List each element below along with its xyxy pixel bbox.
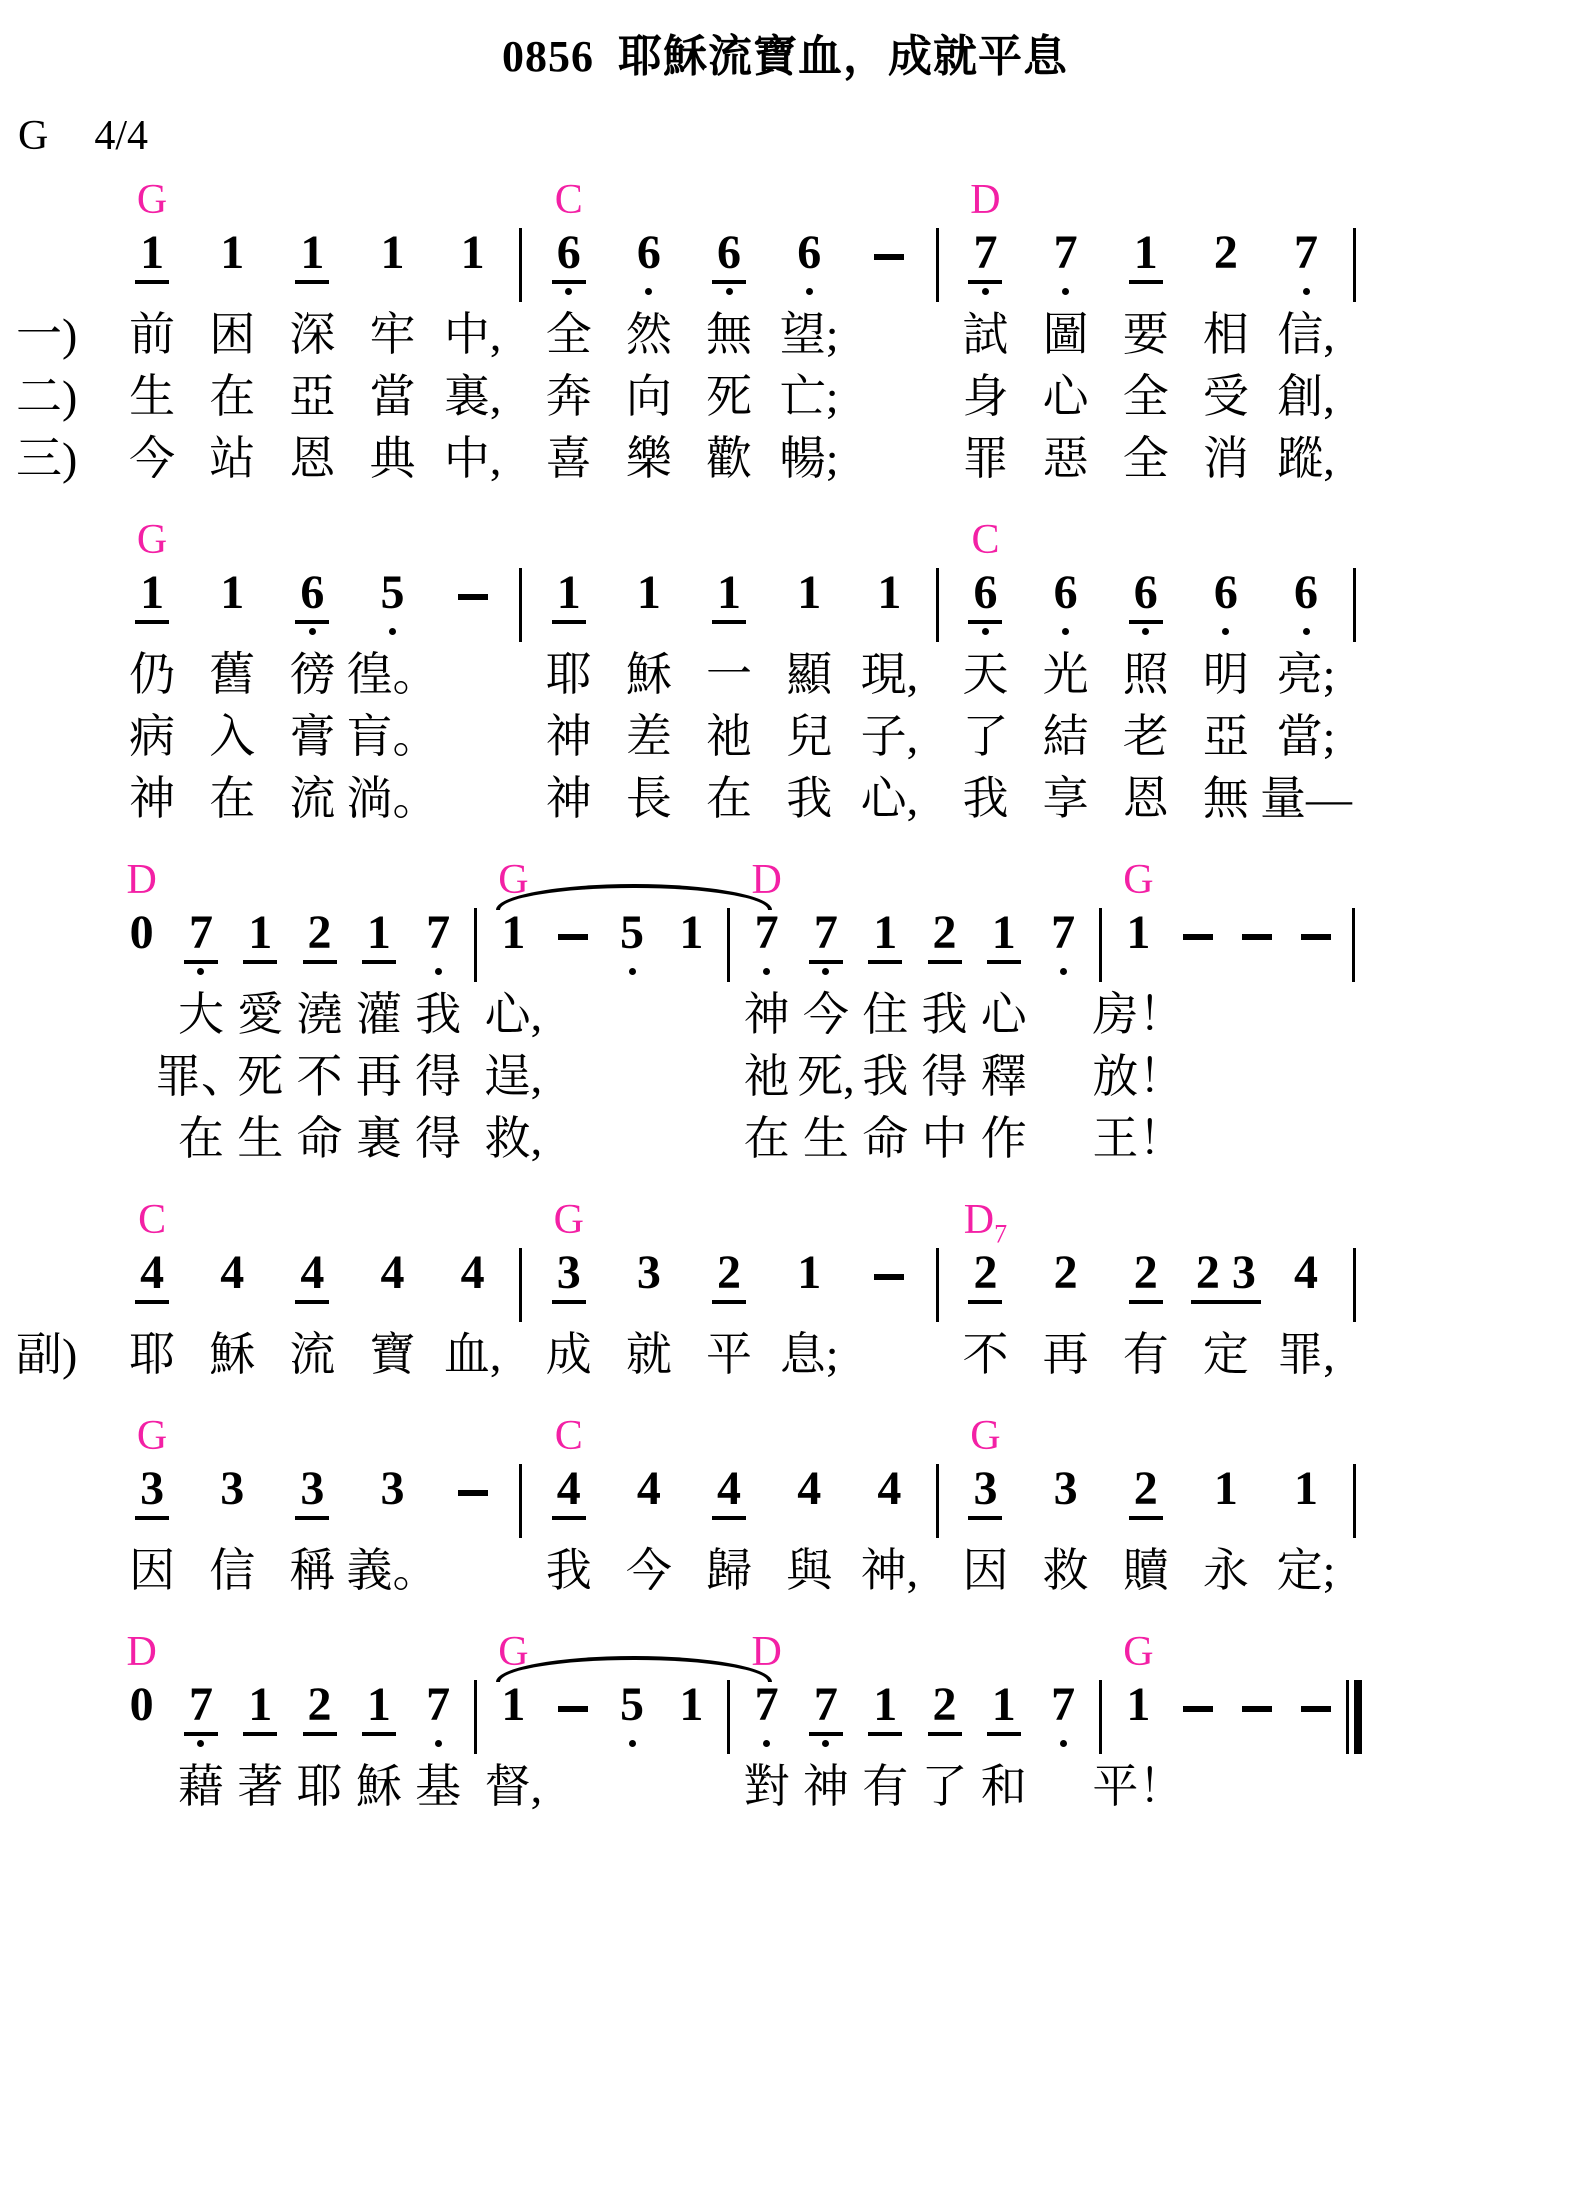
note-cell: 6 [968,568,1002,646]
chord-slot: C [529,1410,609,1464]
note-column: 4寶 [352,1194,432,1388]
note-cell: 2 [928,908,962,986]
note-cell [1301,908,1331,986]
bar-wrap [1099,908,1102,986]
note-digit: 4 [456,1248,490,1304]
note-digit: 2 [712,1248,746,1304]
barline-column [1346,514,1362,832]
note-column: 1要全全 [1106,174,1186,492]
note-digit: 6 [1129,568,1163,624]
lyric-cell: 歸 [706,1542,752,1604]
chord-slot [352,1194,432,1248]
note-cell: 7 [421,908,455,986]
note-digit: 2 [928,908,962,964]
chord-slot [468,1626,484,1680]
note-digit: 1 [243,1680,277,1736]
note-column: 1愛死生 [231,854,290,1172]
chord-slot: C [945,514,1025,568]
note-column: 1 [662,1626,721,1820]
note-column: 7 [1033,854,1092,1172]
chord-slot [769,174,849,228]
note-cell: 6 [712,228,746,306]
note-digit: 7 [184,908,218,964]
note-column: 1心釋作 [974,854,1033,1172]
note-cell: 6 [552,228,586,306]
low-octave-dot [1303,288,1310,295]
note-digit: 4 [135,1248,169,1304]
note-digit: 1 [135,228,169,284]
chord-label: C [138,1197,166,1243]
bar-wrap [727,1680,730,1758]
lyric-cell: 信 [209,1542,255,1604]
lyric-cell: 大 [178,986,224,1048]
lyric-cell: 身 [962,368,1008,430]
chord-slot [1168,854,1227,908]
note-column: 1顯兒我 [769,514,849,832]
note-digit: 1 [1121,908,1155,964]
note-cell: 1 [243,908,277,986]
duration-dash [1242,1706,1272,1712]
note-digit: 5 [615,1680,649,1736]
chord-slot [192,514,272,568]
lyric-cell: 徬 [289,646,335,708]
note-cell [1183,908,1213,986]
lyric-cell: 膏 [289,708,335,770]
note-digit: 1 [215,568,249,624]
note-cell: 7 [184,908,218,986]
chord-slot [1266,1194,1346,1248]
chord-slot [1287,854,1346,908]
lyric-cell: 再 [1043,1326,1089,1388]
lyric-cell: 我 [786,770,832,832]
chord-slot [231,854,290,908]
chord-label: C [555,177,583,223]
note-cell: 4 [872,1464,906,1542]
lyric-cell: 釋 [981,1048,1027,1110]
chord-slot [1033,854,1092,908]
note-digit: 2 [303,908,337,964]
low-octave-dot [1222,628,1229,635]
barline [1346,1680,1349,1754]
lyric-cell: 成 [546,1326,592,1388]
lyric-cell: 與 [786,1542,832,1604]
note-digit: 1 [632,568,666,624]
note-column: D72不 [945,1194,1025,1388]
note-cell [558,908,588,986]
barline-column [468,854,484,1172]
lyric-cell: 血, [444,1326,502,1388]
lyric-cell: 永 [1203,1542,1249,1604]
barline-column [721,1626,737,1820]
chord-slot [1026,514,1106,568]
barline-column [513,1410,529,1604]
barline-column [929,1410,945,1604]
lyric-cell: 不 [297,1048,343,1110]
chord-slot: D [945,174,1025,228]
lyric-cell: 今 [803,986,849,1048]
note-column: G1房！放！王！ [1109,854,1168,1172]
note-cell: 0 [125,1680,159,1758]
chord-slot [272,1194,352,1248]
note-digit: 7 [750,908,784,964]
lyric-cell: 灌 [356,986,402,1048]
bar-wrap [519,1464,522,1542]
lyric-cell: 穌 [209,1326,255,1388]
lyric-cell: 徨。 [347,646,439,708]
note-cell: 2 [928,1680,962,1758]
note-digit: 6 [712,228,746,284]
lyric-cell: 有 [862,1758,908,1820]
note-cell [874,1248,904,1326]
lyric-cell: 中, [444,430,502,492]
chord-slot [849,1194,929,1248]
lyric-cell: 淌。 [347,770,439,832]
chord-slot [513,174,529,228]
note-digit: 6 [552,228,586,284]
lyric-cell: 命 [862,1110,908,1172]
note-cell: 6 [295,568,329,646]
lyric-cell: 照 [1123,646,1169,708]
low-octave-dot [982,628,989,635]
note-column: 4歸 [689,1410,769,1604]
note-cell: 1 [456,228,490,306]
barline-column [1346,174,1362,492]
chord-label: D [126,1629,156,1675]
note-digit: 2 [1129,1464,1163,1520]
note-column: 3救 [1026,1410,1106,1604]
note-cell: 4 [552,1464,586,1542]
chord-slot [1227,1626,1286,1680]
chord-slot [192,1194,272,1248]
lyric-cell: 病 [129,708,175,770]
key-signature-row: G4/4 [18,112,1570,160]
note-digit: 1 [1121,1680,1155,1736]
lyric-cell: 裏 [356,1110,402,1172]
lyric-cell: 對 [744,1758,790,1820]
chord-slot [1186,514,1266,568]
lyric-cell: 死 [706,368,752,430]
note-cell: 4 [215,1248,249,1326]
lyric-cell: 我 [922,986,968,1048]
chord-label: D [751,1629,781,1675]
lyric-cell: 神 [546,708,592,770]
note-digit: 7 [809,908,843,964]
rest-digit: 0 [125,908,159,964]
chord-slot [349,1626,408,1680]
lyric-cell: 稱 [289,1542,335,1604]
note-cell: 6 [632,228,666,306]
lyric-cell: 流 [289,1326,335,1388]
note-column [849,174,929,492]
lyric-cell: 有 [1123,1326,1169,1388]
note-cell: 2 [1049,1248,1083,1326]
lyric-cell: 無 [706,306,752,368]
barline [1353,1464,1356,1538]
note-column: G1仍病神 [112,514,192,832]
note-digit: 4 [872,1464,906,1520]
lyric-cell: 罪 [962,430,1008,492]
note-digit: 6 [632,228,666,284]
chord-slot [609,514,689,568]
note-column: 1耶神神 [529,514,609,832]
lyric-cell: 無 [1203,770,1249,832]
chord-slot [290,854,349,908]
note-column: 7今死,生 [796,854,855,1172]
lyric-cell: 愛 [237,986,283,1048]
note-cell: 7 [1289,228,1323,306]
note-cell [558,1680,588,1758]
chord-slot [1266,1410,1346,1464]
note-column [543,1626,602,1820]
lyric-cell: 著 [237,1758,283,1820]
lyric-cell: 就 [626,1326,672,1388]
note-column: D0 [112,1626,171,1820]
barline [1353,568,1356,642]
chord-slot [171,854,230,908]
note-digit: 1 [712,568,746,624]
note-column [433,514,513,832]
barline-column [1346,1194,1362,1388]
note-column: 2平 [689,1194,769,1388]
lyric-cell: 流 [289,770,335,832]
chord-slot [171,1626,230,1680]
lyric-cell: 再 [356,1048,402,1110]
notation-line-2: G1仍病神1舊入在6徬膏流5徨。肓。淌。1耶神神1穌差長1一祂在1顯兒我1現,子… [112,514,1362,832]
note-column: G3因 [945,1410,1025,1604]
chord-slot [1093,1626,1109,1680]
note-cell: 5 [615,908,649,986]
note-digit: 1 [496,1680,530,1736]
chord-slot [974,1626,1033,1680]
note-column: 2再 [1026,1194,1106,1388]
lyric-cell: 生 [803,1110,849,1172]
low-octave-dot [197,1740,204,1747]
note-cell: 7 [1046,1680,1080,1758]
chord-slot [929,1194,945,1248]
lyric-cell: 救, [485,1110,543,1172]
lyric-cell: 在 [209,368,255,430]
notation-line-5: G3因3信3稱3義。C4我4今4歸4與4神,G3因3救2贖1永1定; [112,1410,1362,1604]
note-cell: 1 [362,1680,396,1758]
low-octave-dot [629,1740,636,1747]
note-column: D7試身罪 [945,174,1025,492]
duration-dash [1242,934,1272,940]
lyric-cell: 罪, [1277,1326,1335,1388]
lyric-cell: 神 [546,770,592,832]
barline [936,228,939,302]
bar-wrap [936,228,939,306]
barline-column [1346,1410,1362,1604]
note-digit: 7 [184,1680,218,1736]
lyric-cell: 祂 [706,708,752,770]
lyric-cell: 神 [744,986,790,1048]
chord-label: D [126,857,156,903]
note-column: 4罪, [1266,1194,1346,1388]
lyric-cell: 裏, [444,368,502,430]
lyric-cell: 不 [962,1326,1008,1388]
note-cell: 7 [750,908,784,986]
note-digit: 7 [1046,908,1080,964]
barline-column [929,514,945,832]
low-octave-dot [435,1740,442,1747]
note-column: 2澆不命 [290,854,349,1172]
note-digit: 1 [135,568,169,624]
note-digit: 2 [1129,1248,1163,1304]
note-column: 3義。 [352,1410,432,1604]
lyric-cell: 前 [129,306,175,368]
verse-label: 二) [16,368,112,430]
lyric-cell: 穌 [356,1758,402,1820]
chord-slot [849,174,929,228]
note-cell [1301,1680,1331,1758]
chord-slot [974,854,1033,908]
barline-column [513,174,529,492]
note-column: 1著 [231,1626,290,1820]
lyric-cell: 神 [129,770,175,832]
chord-slot: G [112,514,192,568]
lyric-cell: 亞 [289,368,335,430]
barline-column [1346,854,1362,1172]
duration-dash [1183,934,1213,940]
note-column: 4神, [849,1410,929,1604]
note-digit: 7 [1049,228,1083,284]
note-cell: 7 [750,1680,784,1758]
note-digit: 4 [792,1464,826,1520]
chord-slot [929,514,945,568]
chord-slot: D7 [945,1194,1025,1248]
note-cell: 2 [303,1680,337,1758]
note-column: 2 3定 [1186,1194,1266,1388]
lyric-cell: 亡; [780,368,839,430]
chord-slot [796,854,855,908]
lyric-cell: 因 [962,1542,1008,1604]
chord-slot: G [1109,854,1168,908]
note-cell: 4 [712,1464,746,1542]
barline [1353,1248,1356,1322]
chord-label: D7 [964,1197,1007,1243]
low-octave-dot [763,968,770,975]
chord-slot [192,174,272,228]
note-digit: 1 [674,1680,708,1736]
chord-slot [609,174,689,228]
barline [1099,1680,1102,1754]
note-digit: 1 [243,908,277,964]
note-cell: 6 [1049,568,1083,646]
note-digit: 4 [712,1464,746,1520]
chord-slot [513,1194,529,1248]
note-cell: 0 [125,908,159,986]
chord-slot [1186,1194,1266,1248]
note-column: 1中,裏,中, [433,174,513,492]
low-octave-dot [726,288,733,295]
bar-wrap [1352,908,1355,986]
note-cell: 7 [421,1680,455,1758]
verse-label: 三) [16,430,112,492]
lyric-cell: 基 [415,1758,461,1820]
chord-slot [1266,174,1346,228]
note-digit: 3 [1049,1464,1083,1520]
chord-slot [352,174,432,228]
lyric-cell: 亮; [1277,646,1336,708]
note-cell: 6 [1289,568,1323,646]
note-cell: 4 [375,1248,409,1326]
note-cell: 1 [987,1680,1021,1758]
notation-line-3: D07大罪、在1愛死生2澆不命1灌再裏7我得得G1心,逞,救,51D7神祂在7今… [112,854,1362,1172]
note-digit: 4 [632,1464,666,1520]
lyric-cell: 亞 [1203,708,1249,770]
note-digit: 3 [552,1248,586,1304]
bar-wrap [474,908,477,986]
barline [727,1680,730,1754]
lyric-cell: 困 [209,306,255,368]
note-column: 2贖 [1106,1410,1186,1604]
note-column: 7圖心惡 [1026,174,1106,492]
note-cell [458,1464,488,1542]
lyric-cell: 我 [415,986,461,1048]
note-digit: 2 [928,1680,962,1736]
note-cell: 1 [792,1248,826,1326]
lyric-cell: 然 [626,306,672,368]
chord-slot [1168,1626,1227,1680]
rest-digit: 0 [125,1680,159,1736]
chord-slot [408,854,467,908]
bar-wrap [519,228,522,306]
note-cell: 1 [215,568,249,646]
note-digit: 2 [1209,228,1243,284]
note-column: 3就 [609,1194,689,1388]
note-digit: 1 [456,228,490,284]
chord-slot [1346,514,1362,568]
note-digit: 4 [295,1248,329,1304]
barline [936,1248,939,1322]
barline [1099,908,1102,982]
key-letter: G [18,113,48,159]
lyric-cell: 澆 [297,986,343,1048]
song-number: 0856 [502,32,594,81]
low-octave-dot [435,968,442,975]
chord-slot [272,1410,352,1464]
note-cell: 2 [712,1248,746,1326]
note-digit: 1 [868,1680,902,1736]
barline [474,1680,477,1754]
chord-slot [689,1194,769,1248]
note-cell: 3 [632,1248,666,1326]
chord-slot [1346,1410,1362,1464]
chord-slot [769,514,849,568]
lyric-cell: 全 [1123,368,1169,430]
chord-slot [915,854,974,908]
lyric-cell: 蹤, [1277,430,1335,492]
note-column: D7對 [737,1626,796,1820]
note-digit: 6 [792,228,826,284]
note-column: 7神 [796,1626,855,1820]
lyric-cell: 神 [803,1758,849,1820]
note-cell: 3 [375,1464,409,1542]
barline-column [929,1194,945,1388]
chord-label: D [751,857,781,903]
low-octave-dot [982,288,989,295]
lyric-cell: 中, [444,306,502,368]
note-digit: 6 [1049,568,1083,624]
barline-column [513,514,529,832]
lyric-cell: 向 [626,368,672,430]
chord-slot [433,514,513,568]
note-cell: 1 [1129,228,1163,306]
note-cell: 3 [135,1464,169,1542]
lyric-cell: 神, [861,1542,919,1604]
note-digit: 1 [1129,228,1163,284]
low-octave-dot [1060,968,1067,975]
